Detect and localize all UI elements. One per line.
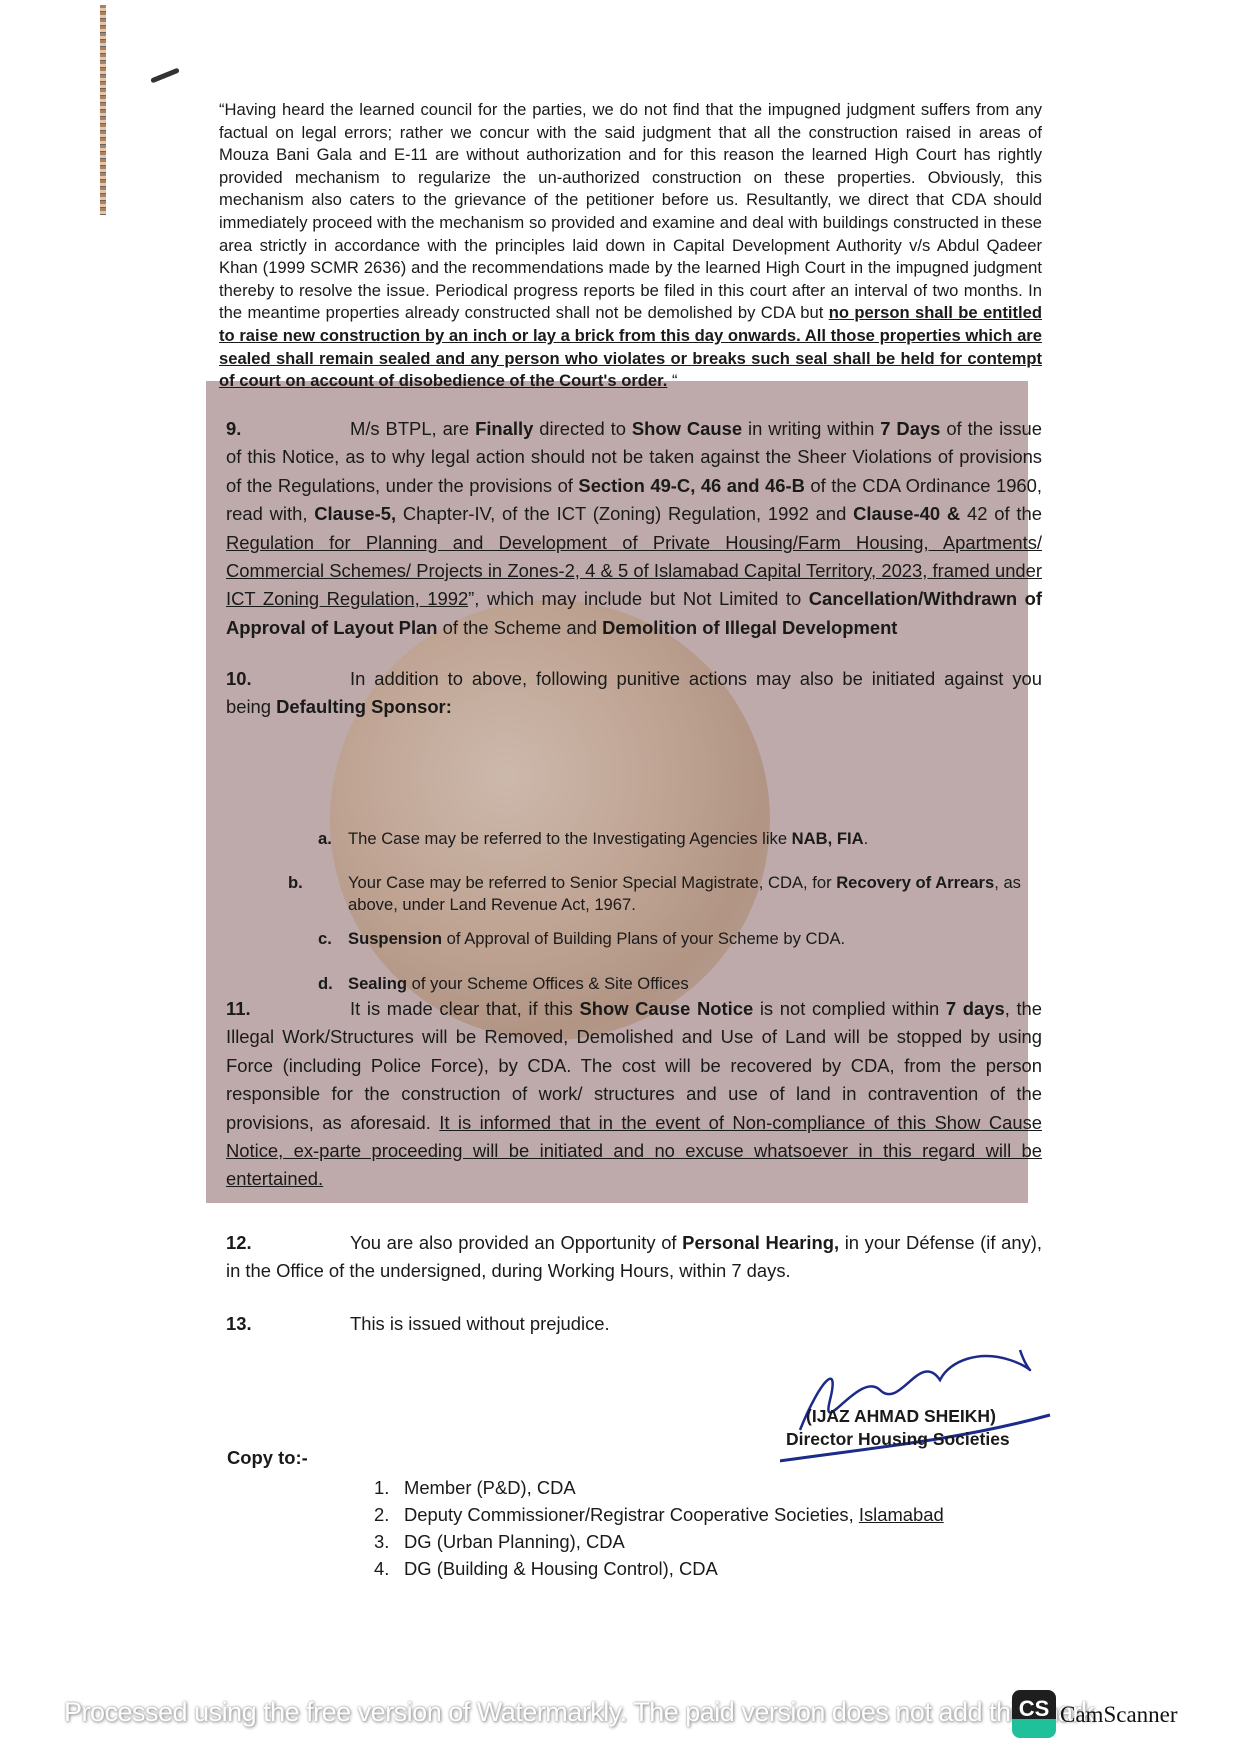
- bold-text: Sealing: [348, 974, 407, 993]
- copy-recipient: 1.Member (P&D), CDA: [374, 1474, 944, 1501]
- paragraph-10: 10.In addition to above, following punit…: [226, 665, 1042, 722]
- scan-edge: [100, 5, 106, 215]
- quote-text: “Having heard the learned council for th…: [219, 100, 1042, 322]
- quote-closing: “: [667, 371, 677, 390]
- bold-text: Finally: [475, 418, 533, 439]
- para-number: 9.: [226, 415, 350, 443]
- text: .: [864, 829, 869, 848]
- recipient-text: Member (P&D), CDA: [404, 1477, 576, 1498]
- camscanner-logo-icon: CS: [1012, 1690, 1056, 1738]
- bold-text: Defaulting Sponsor:: [276, 696, 452, 717]
- bold-text: Demolition of Illegal Development: [602, 617, 897, 638]
- item-number: 4.: [374, 1555, 404, 1582]
- signatory-title: Director Housing Societies: [786, 1429, 1010, 1450]
- bold-text: Clause-5,: [314, 503, 396, 524]
- copy-recipient: 3.DG (Urban Planning), CDA: [374, 1528, 944, 1555]
- bold-text: Recovery of Arrears: [836, 873, 994, 892]
- bold-text: 7 days: [946, 998, 1005, 1019]
- item-label: d.: [318, 973, 348, 995]
- action-item-c: c.Suspension of Approval of Building Pla…: [318, 928, 1042, 950]
- text: of your Scheme Offices & Site Offices: [407, 974, 689, 993]
- action-item-d: d.Sealing of your Scheme Offices & Site …: [318, 973, 1042, 995]
- copy-recipient: 4.DG (Building & Housing Control), CDA: [374, 1555, 944, 1582]
- copy-recipient: 2.Deputy Commissioner/Registrar Cooperat…: [374, 1501, 944, 1528]
- text: This is issued without prejudice.: [350, 1313, 610, 1334]
- para-number: 12.: [226, 1229, 350, 1257]
- bold-text: Personal Hearing,: [682, 1232, 839, 1253]
- recipient-text: DG (Building & Housing Control), CDA: [404, 1558, 718, 1579]
- signatory-name: (IJAZ AHMAD SHEIKH): [806, 1406, 996, 1427]
- item-label: a.: [318, 828, 348, 850]
- text: is not complied within: [753, 998, 946, 1019]
- recipient-underlined: Islamabad: [859, 1504, 944, 1525]
- court-quote: “Having heard the learned council for th…: [219, 99, 1042, 393]
- copy-to-label: Copy to:-: [227, 1447, 308, 1469]
- bold-text: NAB, FIA: [792, 829, 864, 848]
- bold-text: Suspension: [348, 929, 442, 948]
- signature-scribble-icon: [780, 1340, 1060, 1470]
- bold-text: Section 49-C, 46 and 46-B: [578, 475, 804, 496]
- recipient-text: DG (Urban Planning), CDA: [404, 1531, 625, 1552]
- text: You are also provided an Opportunity of: [350, 1232, 682, 1253]
- text: Your Case may be referred to Senior Spec…: [348, 873, 836, 892]
- paragraph-13: 13.This is issued without prejudice.: [226, 1310, 1042, 1338]
- text: Chapter-IV, of the ICT (Zoning) Regulati…: [396, 503, 853, 524]
- text: directed to: [533, 418, 632, 439]
- para-number: 13.: [226, 1310, 350, 1338]
- paragraph-12: 12.You are also provided an Opportunity …: [226, 1229, 1042, 1286]
- item-number: 3.: [374, 1528, 404, 1555]
- bold-text: Show Cause: [632, 418, 742, 439]
- document-page: “Having heard the learned council for th…: [0, 0, 1240, 1755]
- para-number: 10.: [226, 665, 350, 693]
- text: of Approval of Building Plans of your Sc…: [442, 929, 845, 948]
- bold-text: Show Cause Notice: [579, 998, 753, 1019]
- text: 42 of the: [960, 503, 1042, 524]
- bold-text: Clause-40 &: [853, 503, 960, 524]
- para-number: 11.: [226, 995, 350, 1023]
- item-label: b.: [318, 872, 348, 894]
- bold-text: 7 Days: [880, 418, 940, 439]
- action-item-b: b.Your Case may be referred to Senior Sp…: [318, 872, 1072, 916]
- item-number: 2.: [374, 1501, 404, 1528]
- text: in writing within: [742, 418, 880, 439]
- copy-to-list: 1.Member (P&D), CDA 2.Deputy Commissione…: [374, 1474, 944, 1582]
- recipient-text: Deputy Commissioner/Registrar Cooperativ…: [404, 1504, 859, 1525]
- paragraph-11: 11.It is made clear that, if this Show C…: [226, 995, 1042, 1194]
- text: It is made clear that, if this: [350, 998, 579, 1019]
- paragraph-9: 9.M/s BTPL, are Finally directed to Show…: [226, 415, 1042, 642]
- text: ”, which may include but Not Limited to: [468, 588, 809, 609]
- item-number: 1.: [374, 1474, 404, 1501]
- text: M/s BTPL, are: [350, 418, 475, 439]
- camscanner-label: CamScanner: [1060, 1702, 1178, 1728]
- text: The Case may be referred to the Investig…: [348, 829, 792, 848]
- text: of the Scheme and: [438, 617, 603, 638]
- action-item-a: a.The Case may be referred to the Invest…: [318, 828, 1042, 850]
- watermarkly-notice: Processed using the free version of Wate…: [64, 1697, 1094, 1728]
- item-label: c.: [318, 928, 348, 950]
- pen-mark: [150, 68, 180, 84]
